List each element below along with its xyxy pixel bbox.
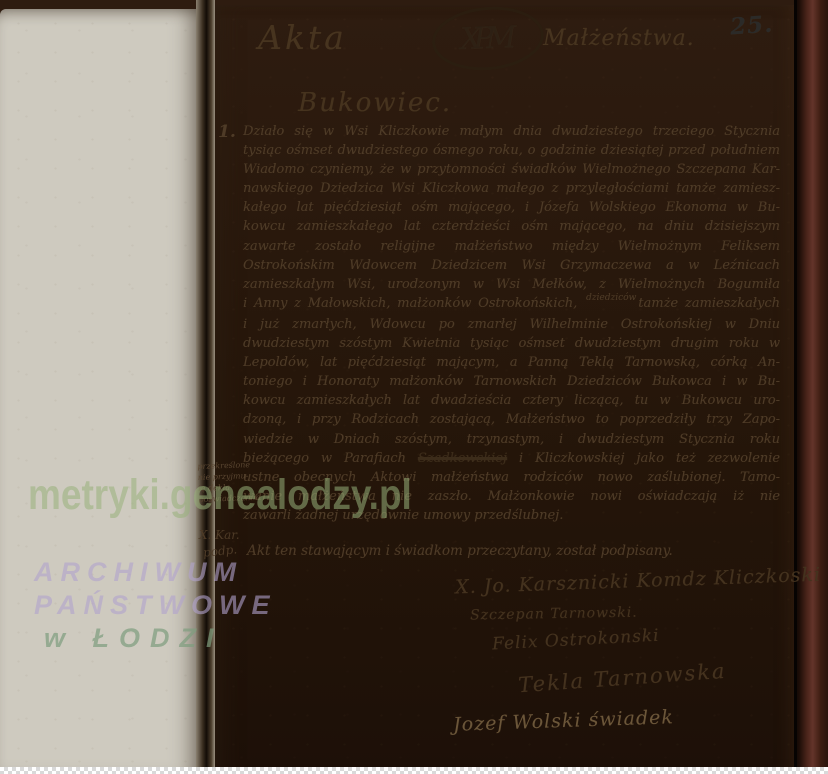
watermark-archive-line1: ARCHIWUM [34, 556, 276, 589]
act-line: dwudziestym szóstym Kwietnia tysiąc ośms… [243, 334, 780, 353]
scan-bottom-edge [0, 767, 828, 774]
act-line: Ostrokońskim Wdowcem Dziedzicem Wsi Grzy… [243, 256, 780, 275]
book-binding [794, 0, 828, 774]
act-line: Lepoldów, lat pięćdziesiąt mającym, a Pa… [243, 353, 780, 372]
act-line: kałego lat pięćdziesiąt ośm mającego, i … [243, 198, 780, 217]
watermark-archive-line2: PAŃSTWOWE [34, 589, 276, 622]
act-line: i już zmarłych, Wdowcu po zmarłej Wilhel… [243, 315, 780, 334]
act-line: i Anny z Małowskich, małżonków Ostrokońs… [243, 294, 780, 315]
act-line: Działo się w Wsi Kliczkowie małym dnia d… [243, 122, 780, 141]
entry-number: 1. [218, 122, 236, 142]
closing-line: Akt ten stawającym i świadkom przeczytan… [247, 543, 707, 559]
watermark-archive-line3: w ŁODZI [44, 622, 276, 655]
struck-word: Szadkowskiej [418, 451, 507, 466]
place-heading: Bukowiec. [298, 88, 452, 118]
act-line: kowcu zamieszkałego lat czterdzieści ośm… [243, 217, 780, 236]
header-akta: Akta [258, 18, 347, 57]
header-malzenstwa: Małżeństwa. [543, 26, 695, 51]
act-line: zamieszkałym Wsi, urodzonym w Wsi Mełków… [243, 275, 780, 294]
act-line: Wiadomo czyniemy, że w przytomności świa… [243, 160, 780, 179]
margin-initials: X. Kar. [199, 528, 240, 542]
left-blank-page [0, 9, 197, 774]
folio-number: 25. [729, 11, 774, 41]
scanned-register-page: 25. Akta XPM Małżeństwa. Bukowiec. 1. Dz… [0, 0, 828, 774]
act-body: Działo się w Wsi Kliczkowie małym dnia d… [243, 122, 780, 525]
book-gutter [196, 0, 215, 774]
act-line: wiedzie w Dniach szóstym, trzynastym, i … [243, 430, 780, 449]
stamp-monogram-icon: XPM [459, 20, 516, 57]
act-line: toniego i Honoraty małżonków Tarnowskich… [243, 372, 780, 391]
act-line: tysiąc ośmset dwudziestego ósmego roku, … [243, 141, 780, 160]
signature-witness-tarnowski: Szczepan Tarnowski. [470, 605, 638, 624]
act-line: zawarte zostało religijne małżeństwo mię… [243, 237, 780, 256]
act-line: nawskiego Dziedzica Wsi Kliczkowa małego… [243, 179, 780, 198]
watermark-genealodzy: metryki.genealodzy.pl [28, 471, 412, 519]
act-line: kowcu zamieszkałych lat dwadzieścia czte… [243, 391, 780, 410]
act-line: bieżącego w Parafiach Szadkowskiej i Kli… [243, 449, 780, 468]
act-line: dzoną, i przy Rodzicach zostającą, Małże… [243, 410, 780, 429]
watermark-archive: ARCHIWUM PAŃSTWOWE w ŁODZI [34, 556, 276, 655]
interlinear-insertion: dziedziców [586, 293, 636, 303]
